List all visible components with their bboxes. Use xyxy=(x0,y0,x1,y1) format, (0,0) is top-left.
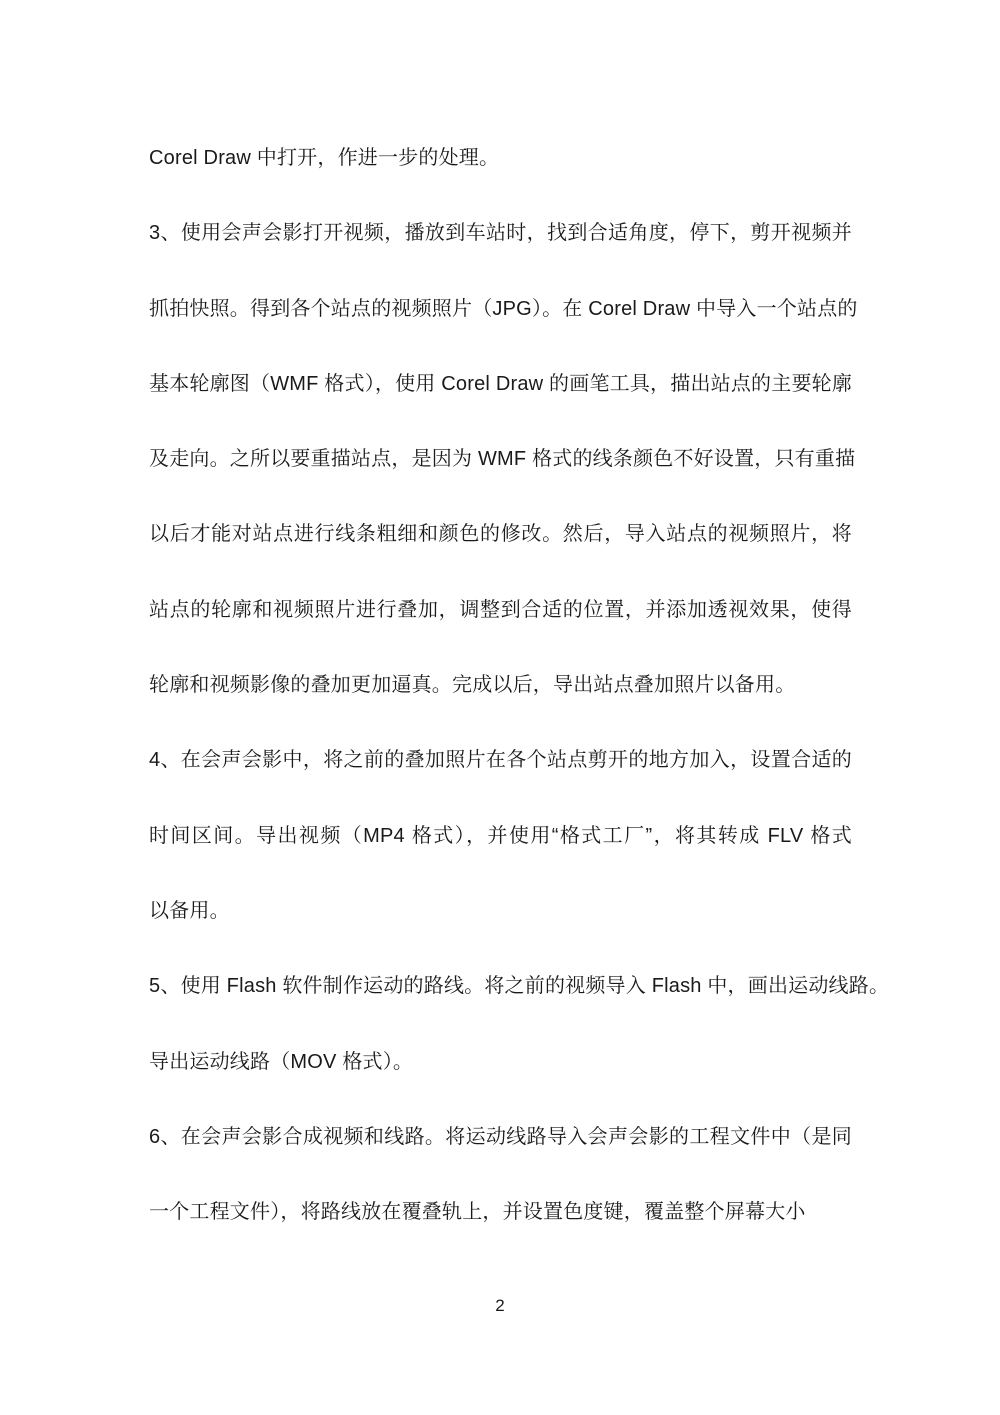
text-line: 6、在会声会影合成视频和线路。将运动线路导入会声会影的工程文件中（是同 xyxy=(149,1100,852,1175)
text-line: 5、使用 Flash 软件制作运动的路线。将之前的视频导入 Flash 中，画出… xyxy=(149,949,852,1024)
text-line: 3、使用会声会影打开视频，播放到车站时，找到合适角度，停下，剪开视频并 xyxy=(149,196,852,271)
text-line: 及走向。之所以要重描站点，是因为 WMF 格式的线条颜色不好设置，只有重描 xyxy=(149,422,852,497)
text-line: 以备用。 xyxy=(149,874,852,949)
text-line: 抓拍快照。得到各个站点的视频照片（JPG）。在 Corel Draw 中导入一个… xyxy=(149,272,852,347)
text-line: 轮廓和视频影像的叠加更加逼真。完成以后，导出站点叠加照片以备用。 xyxy=(149,648,852,723)
text-line: 基本轮廓图（WMF 格式），使用 Corel Draw 的画笔工具，描出站点的主… xyxy=(149,347,852,422)
document-page: Corel Draw 中打开，作进一步的处理。 3、使用会声会影打开视频，播放到… xyxy=(0,0,1000,1415)
text-line: Corel Draw 中打开，作进一步的处理。 xyxy=(149,121,852,196)
page-number: 2 xyxy=(0,1294,1000,1318)
text-line: 一个工程文件），将路线放在覆叠轨上，并设置色度键，覆盖整个屏幕大小 xyxy=(149,1175,852,1250)
text-line: 时间区间。导出视频（MP4 格式），并使用“格式工厂”，将其转成 FLV 格式 xyxy=(149,799,852,874)
text-line: 站点的轮廓和视频照片进行叠加，调整到合适的位置，并添加透视效果，使得 xyxy=(149,573,852,648)
text-line: 导出运动线路（MOV 格式）。 xyxy=(149,1025,852,1100)
text-line: 4、在会声会影中，将之前的叠加照片在各个站点剪开的地方加入，设置合适的 xyxy=(149,723,852,798)
text-line: 以后才能对站点进行线条粗细和颜色的修改。然后，导入站点的视频照片，将 xyxy=(149,497,852,572)
document-body: Corel Draw 中打开，作进一步的处理。 3、使用会声会影打开视频，播放到… xyxy=(149,121,852,1250)
